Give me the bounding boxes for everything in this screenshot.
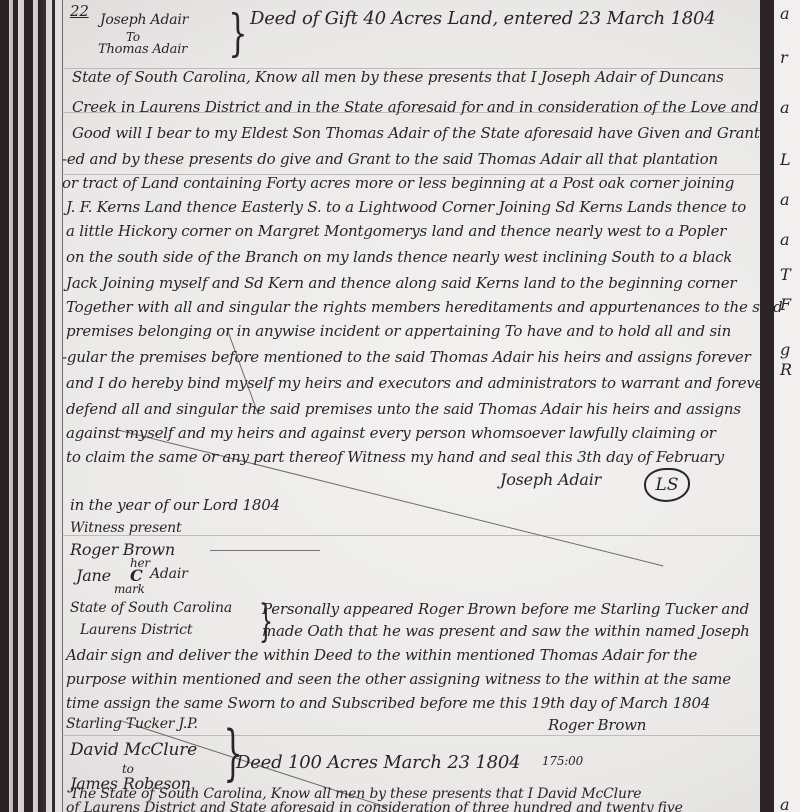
witness-name: Adair — [150, 566, 188, 582]
seal-icon: LS — [644, 468, 690, 502]
deed-title: Deed 100 Acres March 23 1804 — [236, 752, 520, 773]
deed-line: to claim the same or any part thereof Wi… — [66, 448, 724, 466]
adjacent-page-letter: a — [780, 4, 790, 23]
deed-line: State of South Carolina, Know all men by… — [72, 68, 724, 86]
grantee-name: Thomas Adair — [98, 42, 187, 57]
adjacent-page-letter: T — [780, 265, 791, 284]
adjacent-page-letter: g — [780, 340, 790, 359]
probate-district: Laurens District — [80, 622, 192, 638]
probate-line: time assign the same Sworn to and Subscr… — [66, 694, 710, 712]
deed-title: Deed of Gift 40 Acres Land, entered 23 M… — [250, 8, 716, 29]
adjacent-page-letter: L — [780, 150, 791, 169]
justice-signature: Starling Tucker J.P. — [66, 716, 198, 732]
grantor-name: David McClure — [70, 740, 197, 760]
probate-line: Personally appeared Roger Brown before m… — [262, 600, 749, 618]
grantor-signature: Joseph Adair — [500, 470, 601, 489]
deed-line: J. F. Kerns Land thence Easterly S. to a… — [66, 198, 746, 216]
deed-line: a little Hickory corner on Margret Montg… — [66, 222, 726, 240]
margin-rule — [62, 0, 63, 812]
page-gutter — [760, 0, 774, 812]
mark-label: mark — [114, 582, 145, 596]
adjacent-page-letter: R — [780, 360, 792, 379]
deed-line: against myself and my heirs and against … — [66, 424, 716, 442]
deed-line: Together with all and singular the right… — [66, 298, 783, 316]
deed-line: Creek in Laurens District and in the Sta… — [72, 98, 758, 116]
witness-name: Roger Brown — [70, 540, 175, 559]
adjacent-page-letter: a — [780, 230, 790, 249]
deed-line: or tract of Land containing Forty acres … — [62, 174, 734, 192]
witness-name: Jane — [76, 566, 111, 585]
brace-icon: } — [228, 4, 247, 62]
ledger-page: a r a L a a T F g R a 22 Joseph Adair To… — [0, 0, 800, 812]
grantor-name: Joseph Adair — [100, 12, 188, 28]
adjacent-page-edge — [774, 0, 800, 812]
probate-line: Adair sign and deliver the within Deed t… — [66, 646, 697, 664]
probate-line: purpose within mentioned and seen the ot… — [66, 670, 731, 688]
adjacent-page-letter: a — [780, 795, 790, 812]
page-number: 22 — [70, 2, 89, 20]
adjacent-page-letter: a — [780, 190, 790, 209]
witness-label: Witness present — [70, 520, 181, 536]
probate-line: made Oath that he was present and saw th… — [262, 622, 750, 640]
deponent-signature: Roger Brown — [548, 716, 646, 734]
adjacent-page-letter: r — [780, 48, 788, 67]
deed-line: and I do hereby bind myself my heirs and… — [66, 374, 770, 392]
deed-line: -gular the premises before mentioned to … — [62, 348, 751, 366]
adjacent-page-letter: a — [780, 98, 790, 117]
deed-line: Good will I bear to my Eldest Son Thomas… — [72, 124, 760, 142]
deed-line: on the south side of the Branch on my la… — [66, 248, 732, 266]
signature-line — [210, 550, 320, 551]
deed-line: in the year of our Lord 1804 — [70, 496, 280, 514]
deed-line: of Laurens District and State aforesaid … — [66, 800, 683, 812]
deed-line: -ed and by these presents do give and Gr… — [62, 150, 718, 168]
deed-line: premises belonging or in anywise inciden… — [66, 322, 731, 340]
deed-line: defend all and singular the said premise… — [66, 400, 741, 418]
book-binding — [0, 0, 62, 812]
probate-state: State of South Carolina — [70, 600, 232, 616]
margin-note: 175:00 — [542, 754, 583, 768]
deed-line: Jack Joining myself and Sd Kern and then… — [66, 274, 736, 292]
